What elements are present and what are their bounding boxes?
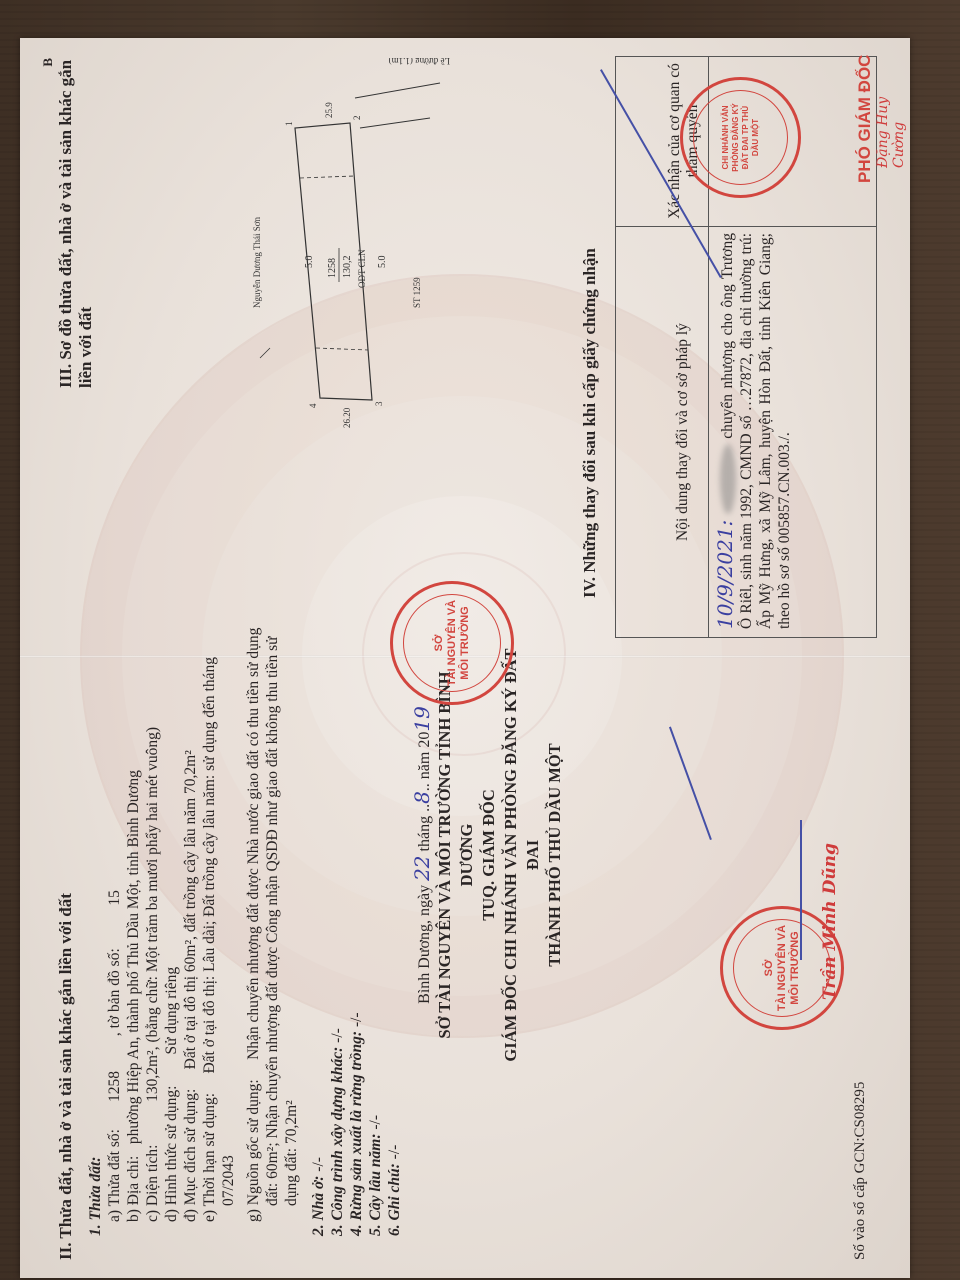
change-date: 10/9/2021:	[713, 520, 737, 629]
svg-text:1258: 1258	[327, 258, 338, 278]
land-certificate-page: II. Thửa đất, nhà ở và tài sản khác gắn …	[20, 38, 910, 1278]
svg-text:25.9: 25.9	[324, 102, 334, 118]
item-label: 2. Nhà ở:	[310, 1176, 327, 1236]
item-value: -/-	[386, 1145, 403, 1160]
changes-column-header: Nội dung thay đổi và cơ sở pháp lý	[674, 227, 692, 637]
item-planted-forest: 4. Rừng sản xuất là rừng trồng: -/-	[347, 660, 366, 1250]
usage-term-row: e) Thời hạn sử dụng: Đất ở tại đô thị: L…	[200, 660, 219, 1250]
section-3-title: III. Sơ đồ thửa đất, nhà ở và tài sản kh…	[56, 48, 96, 388]
svg-text:Nguyễn Dương Thái Sơn: Nguyễn Dương Thái Sơn	[252, 217, 262, 308]
origin-continuation: đất: 60m²; Nhận chuyển nhượng đất được C…	[263, 660, 282, 1250]
stamp-line: SỞ	[763, 925, 776, 1011]
item-label: 3. Công trình xây dựng khác:	[329, 1047, 346, 1236]
origin-continuation-2: dụng đất: 70,2m²	[282, 660, 301, 1250]
usage-purpose-row: đ) Mục đích sử dụng: Đất ở tại đô thị 60…	[181, 660, 200, 1250]
area-row: c) Diện tích: 130,2m², (bằng chữ: Một tr…	[143, 660, 162, 1250]
svg-text:3: 3	[374, 401, 384, 406]
issue-year: 19	[410, 706, 434, 731]
svg-text:1: 1	[284, 122, 294, 127]
item-value: -/-	[310, 1157, 327, 1172]
issuer-city: THÀNH PHỐ THỦ DẦU MỘT	[544, 640, 566, 1070]
origin-value: Nhận chuyển nhượng đất được Nhà nước gia…	[245, 628, 262, 1060]
parcel-sketch: 5.0 5.0 4 3 2 1 26.20 25.9 1258 130,2 OD…	[200, 58, 460, 458]
field-label: a) Thửa đất số:	[106, 1129, 123, 1222]
section-4-title: IV. Những thay đổi sau khi cấp giấy chứn…	[580, 248, 600, 598]
field-label: e) Thời hạn sử dụng:	[201, 1093, 218, 1222]
address-value: phường Hiệp An, thành phố Thủ Dầu Một, t…	[125, 770, 142, 1144]
issuer-signer-name: Trần Minh Dũng	[820, 843, 840, 1000]
svg-text:Lề đường (1.1m): Lề đường (1.1m)	[389, 58, 450, 66]
section-2-body: 1. Thửa đất: a) Thửa đất số: 1258 , tờ b…	[86, 660, 404, 1250]
origin-row: g) Nguồn gốc sử dụng: Nhận chuyển nhượng…	[244, 660, 263, 1250]
item-perennial-trees: 5. Cây lâu năm: -/-	[366, 660, 385, 1250]
issue-month: 8	[410, 791, 434, 804]
svg-text:2: 2	[352, 116, 362, 121]
field-label: b) Địa chỉ:	[125, 1156, 142, 1222]
item-value: -/-	[329, 1028, 346, 1043]
page-edge-mark: B	[40, 58, 56, 67]
area-value: 130,2m², (bằng chữ: Một trăm ba mươi phẩ…	[144, 727, 161, 1102]
stamp-text: CHI NHÁNH VĂN PHÒNG ĐĂNG KÝ ĐẤT ĐAI TP T…	[721, 103, 761, 173]
subsection-parcel-title: 1. Thửa đất:	[86, 660, 105, 1250]
stamp-line: TÀI NGUYÊN VÀ	[446, 600, 459, 686]
other-assets-list: 2. Nhà ở: -/- 3. Công trình xây dựng khá…	[309, 660, 404, 1250]
signature-stroke	[669, 727, 711, 840]
issuer-authority: TUQ. GIÁM ĐỐC	[478, 640, 500, 1070]
item-label: 5. Cây lâu năm:	[367, 1134, 384, 1236]
field-label: d) Hình thức sử dụng:	[163, 1086, 180, 1223]
left-page: II. Thửa đất, nhà ở và tài sản khác gắn …	[20, 660, 910, 1260]
issue-date: Bình Dương, ngày 22 tháng ..8.. năm 2019	[410, 640, 434, 1070]
parcel-number-row: a) Thửa đất số: 1258 , tờ bản đồ số: 15	[105, 660, 124, 1250]
redacted-text	[720, 444, 736, 514]
stamp-text: SỞ TÀI NGUYÊN VÀ MÔI TRƯỜNG	[763, 925, 802, 1011]
confirmation-title: PHÓ GIÁM ĐỐC	[855, 55, 875, 183]
issuer-title: GIÁM ĐỐC CHI NHÁNH VĂN PHÒNG ĐĂNG KÝ ĐẤT…	[500, 640, 544, 1070]
date-prefix: Bình Dương, ngày	[416, 885, 433, 1004]
change-entry: 10/9/2021: chuyển nhượng cho ông Trương …	[716, 233, 794, 629]
issuer-signature-block: Bình Dương, ngày 22 tháng ..8.. năm 2019…	[410, 640, 566, 1070]
svg-text:130,2: 130,2	[342, 256, 353, 279]
svg-text:26.20: 26.20	[342, 407, 352, 428]
stamp-text: SỞ TÀI NGUYÊN VÀ MÔI TRƯỜNG	[433, 600, 472, 686]
usage-term-continuation: 07/2043	[219, 660, 238, 1250]
usage-purpose-value: Đất ở tại đô thị 60m², đất trồng cây lâu…	[182, 750, 199, 1069]
stamp-line: MÔI TRƯỜNG	[459, 600, 472, 686]
item-value: -/-	[348, 1012, 365, 1027]
month-label: tháng	[416, 816, 433, 852]
stamp-line: TÀI NGUYÊN VÀ	[776, 925, 789, 1011]
svg-text:ST 1259: ST 1259	[412, 277, 422, 308]
item-house: 2. Nhà ở: -/-	[309, 660, 328, 1250]
field-label: c) Diện tích:	[144, 1145, 161, 1222]
item-other-construction: 3. Công trình xây dựng khác: -/-	[328, 660, 347, 1250]
section-2-title: II. Thửa đất, nhà ở và tài sản khác gắn …	[56, 893, 76, 1260]
svg-text:5.0: 5.0	[377, 256, 388, 269]
usage-term-value: Đất ở tại đô thị: Lâu dài; Đất trồng cây…	[201, 657, 218, 1074]
svg-text:4: 4	[308, 403, 318, 408]
usage-form-value: Sử dụng riêng	[163, 967, 180, 1055]
parcel-diagram: 5.0 5.0 4 3 2 1 26.20 25.9 1258 130,2 OD…	[200, 58, 460, 458]
field-label: đ) Mục đích sử dụng:	[182, 1089, 199, 1222]
svg-text:ODT CLN: ODT CLN	[357, 249, 367, 288]
stamp-line: MÔI TRƯỜNG	[789, 925, 802, 1011]
stamp-line: SỞ	[433, 600, 446, 686]
map-sheet-number: 15	[106, 890, 123, 906]
confirmation-signer: Đặng Huy Cường	[875, 48, 907, 168]
svg-text:5.0: 5.0	[304, 256, 315, 269]
map-sheet-label: , tờ bản đồ số:	[106, 948, 123, 1036]
item-label: 4. Rừng sản xuất là rừng trồng:	[348, 1031, 365, 1236]
usage-form-row: d) Hình thức sử dụng: Sử dụng riêng	[162, 660, 181, 1250]
item-notes: 6. Ghi chú: -/-	[385, 660, 404, 1250]
address-row: b) Địa chỉ: phường Hiệp An, thành phố Th…	[124, 660, 143, 1250]
year-label: năm 20	[416, 732, 433, 780]
issue-day: 22	[410, 855, 434, 880]
item-label: 6. Ghi chú:	[386, 1163, 403, 1236]
certificate-register-number: Số vào sổ cấp GCN:CS08295	[852, 1082, 869, 1260]
parcel-number: 1258	[106, 1071, 123, 1102]
right-page: III. Sơ đồ thửa đất, nhà ở và tài sản kh…	[20, 48, 910, 638]
seal-stamp-registration-office: CHI NHÁNH VĂN PHÒNG ĐĂNG KÝ ĐẤT ĐAI TP T…	[680, 77, 801, 198]
item-value: -/-	[367, 1115, 384, 1130]
field-label: g) Nguồn gốc sử dụng:	[245, 1079, 262, 1222]
